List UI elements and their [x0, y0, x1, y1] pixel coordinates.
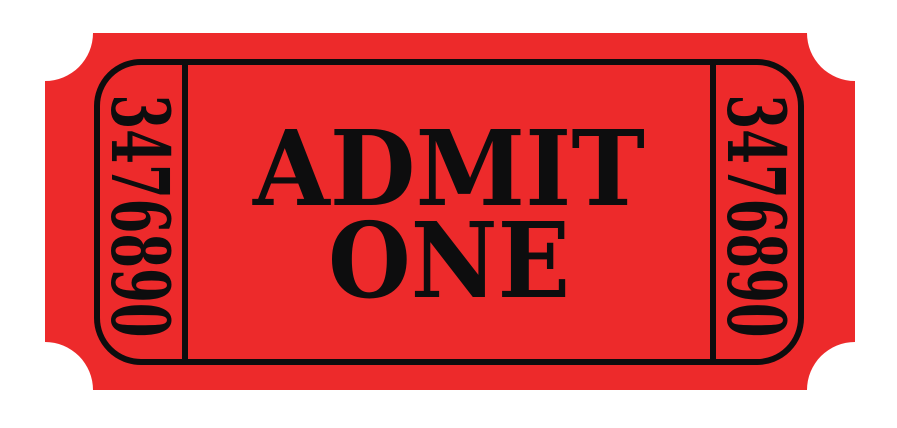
serial-number-right: 3476890: [709, 95, 803, 338]
headline-one: ONE: [328, 199, 570, 322]
admit-one-ticket-illustration: 3476890 3476890 ADMIT ONE: [0, 0, 897, 428]
serial-number-left: 3476890: [93, 95, 187, 338]
ticket-canvas: 3476890 3476890 ADMIT ONE: [0, 0, 897, 428]
